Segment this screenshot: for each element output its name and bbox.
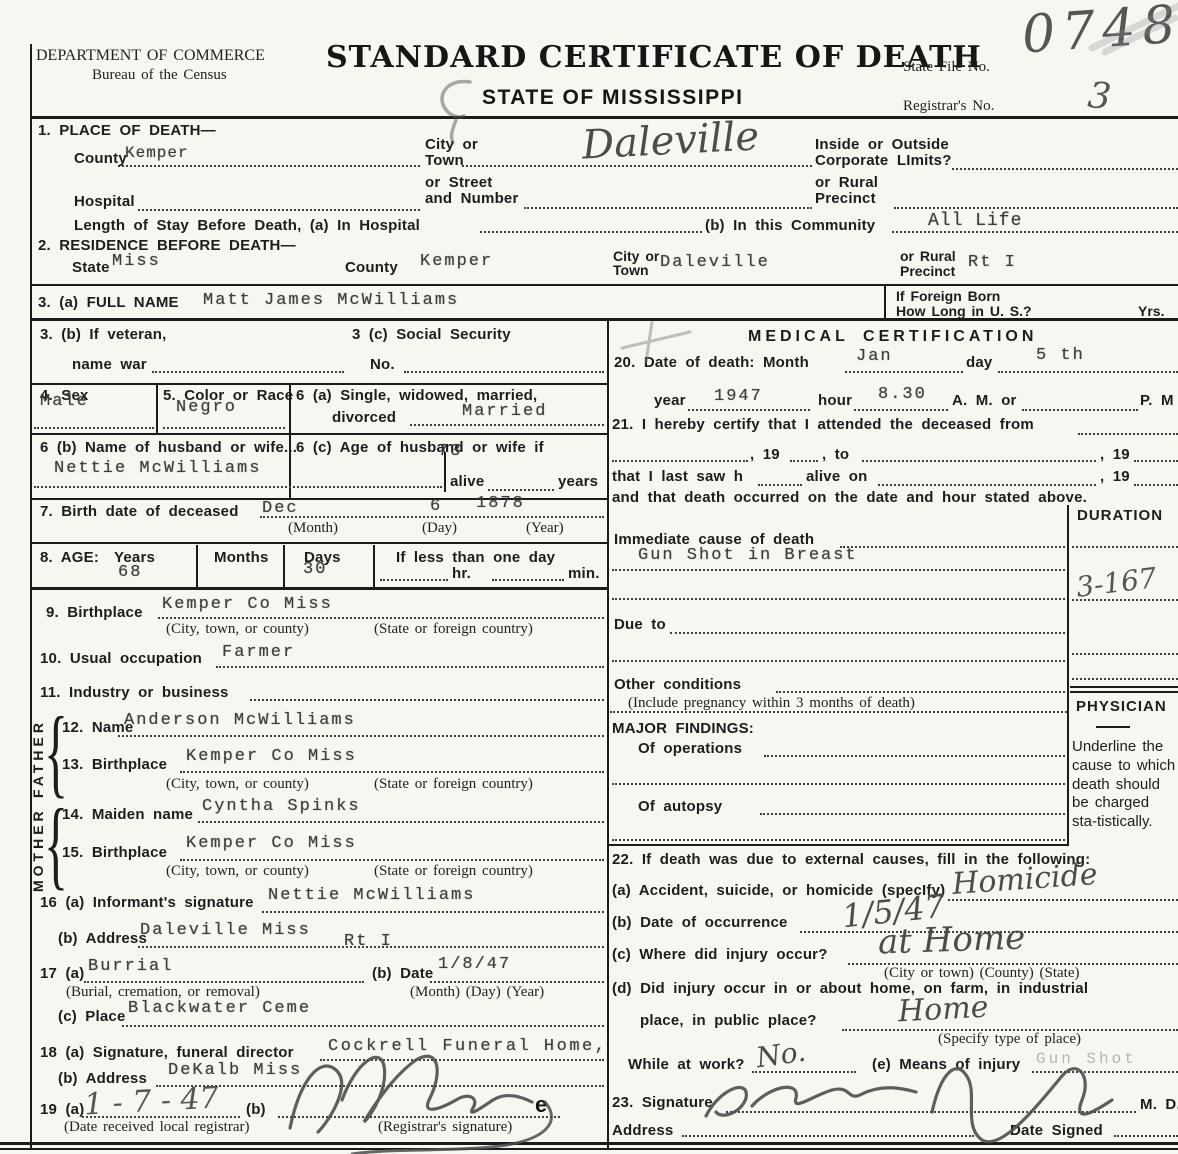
dotted-line [682, 1135, 974, 1137]
dotted-line [34, 427, 154, 429]
full-name-label: 3. (a) FULL NAME [38, 294, 179, 312]
injury-about-home-label-1: (d) Did injury occur in or about home, o… [612, 980, 1088, 998]
funeral-director-label: 18 (a) Signature, funeral director [40, 1044, 294, 1062]
birthdate-day-value: 6 [430, 497, 442, 517]
corporate-limits-label-2: Corporate LImits? [815, 152, 952, 170]
death-month-value: Jan [856, 347, 893, 367]
of-autopsy-label: Of autopsy [638, 798, 722, 816]
dotted-line [612, 460, 748, 462]
age-label: 8. AGE: [40, 549, 99, 567]
bottom-double-2 [0, 1148, 1178, 1150]
res-rural-label-2: Precinct [900, 263, 955, 280]
registrar-no-label: Registrar's No. [903, 97, 994, 115]
rule-s7-bottom [30, 542, 608, 544]
informant-address-value-2: Rt I [344, 932, 393, 952]
age-divider-3 [373, 545, 375, 587]
dotted-line [998, 371, 1178, 373]
age-days-value: 30 [303, 560, 327, 580]
race-value: Negro [176, 398, 237, 418]
disposition-date-label: (b) Date [372, 965, 433, 983]
yrs-label: Yrs. [1138, 303, 1164, 320]
foreign-born-divider [884, 286, 886, 318]
dotted-line [1072, 678, 1178, 680]
stamp-curl-mark [442, 81, 470, 143]
state-file-label: State File No. [903, 58, 990, 76]
sex-value: Male [40, 392, 89, 412]
death-day-value: 5 th [1036, 346, 1085, 366]
certify-19-b: , 19 [1100, 446, 1130, 464]
father-birthplace-label: 13. Birthplace [62, 756, 167, 774]
injury-where-value-handwritten: at Home [877, 917, 1026, 962]
certify-line-1: 21. I hereby certify that I attended the… [612, 416, 1034, 434]
dotted-line [670, 632, 1065, 634]
dotted-line [152, 371, 344, 373]
town-label: Town [425, 152, 464, 170]
duration-value-handwritten: 3-167 [1074, 561, 1158, 604]
informant-value: Nettie McWilliams [268, 886, 475, 906]
length-of-stay-label: Length of Stay Before Death, (a) In Hosp… [74, 217, 420, 235]
disposition-date-value: 1/8/47 [438, 955, 511, 975]
spouse-age-label: 6 (c) Age of husband or wife if [296, 439, 544, 457]
injury-place-value-handwritten: Home [897, 990, 989, 1030]
md-label: M. D. [1140, 1096, 1178, 1114]
dotted-line [612, 660, 1065, 662]
occupation-value: Farmer [222, 643, 295, 663]
dotted-line [1134, 460, 1178, 462]
bureau-census-label: Bureau of the Census [92, 66, 227, 84]
last-saw-label: that I last saw h [612, 468, 743, 486]
physician-heading: PHYSICIAN [1076, 698, 1167, 716]
duration-double-2 [1070, 691, 1178, 693]
dotted-line [163, 427, 285, 429]
age-divider-1 [196, 545, 198, 587]
dotted-line [1134, 484, 1178, 486]
dotted-line [380, 579, 448, 581]
dotted-line [1114, 1135, 1178, 1137]
address-label: Address [612, 1122, 673, 1140]
dotted-line [492, 579, 564, 581]
physician-signature-label: 23. Signature [612, 1094, 713, 1112]
rule-s2-bottom [30, 284, 1178, 286]
marital-value: Married [462, 402, 547, 422]
birthplace-label: 9. Birthplace [46, 604, 143, 622]
alive-label: alive [450, 473, 484, 491]
injury-where-label: (c) Where did injury occur? [612, 946, 828, 964]
birthplace-value: Kemper Co Miss [162, 595, 333, 615]
dotted-line [404, 371, 604, 373]
county-value: Kemper [125, 144, 189, 163]
res-county-value: Kemper [420, 252, 493, 272]
dotted-line [790, 460, 818, 462]
social-security-label: 3 (c) Social Security [352, 326, 511, 344]
rule-s3bc-bottom [30, 383, 608, 385]
spouse-name-label: 6 (b) Name of husband or wife... [40, 439, 297, 457]
birthdate-month-value: Dec [262, 499, 299, 519]
father-birthplace-value: Kemper Co Miss [186, 747, 357, 767]
other-conditions-label: Other conditions [614, 676, 741, 694]
month-sub-label: (Month) [288, 519, 338, 537]
while-at-work-label: While at work? [628, 1056, 745, 1074]
sex-race-divider [156, 385, 158, 433]
residence-heading: 2. RESIDENCE BEFORE DEATH— [38, 237, 296, 255]
disposition-place-label: (c) Place [58, 1008, 126, 1026]
specify-place-sub: (Specify type of place) [938, 1030, 1081, 1048]
street-label-2: and Number [425, 190, 519, 208]
dotted-line [1072, 653, 1178, 655]
day-sub-label: (Day) [422, 519, 457, 537]
dotted-line [894, 207, 1178, 209]
dotted-line [180, 771, 604, 773]
certify-19-c: , 19 [1100, 468, 1130, 486]
informant-label: 16 (a) Informant's signature [40, 894, 254, 912]
dotted-line [262, 911, 604, 913]
physician-dash [1096, 726, 1130, 728]
dotted-line [250, 699, 604, 701]
res-state-label: State [72, 259, 110, 277]
column-divider [607, 318, 609, 1148]
dotted-line [122, 1025, 604, 1027]
dotted-line [1078, 433, 1178, 435]
dotted-line [840, 546, 1065, 548]
dotted-line [158, 617, 604, 619]
duration-heading: DURATION [1077, 507, 1163, 525]
birthdate-label: 7. Birth date of deceased [40, 503, 239, 521]
dotted-line [726, 1111, 1136, 1113]
dotted-line [320, 1059, 604, 1061]
immediate-cause-value: Gun Shot in Breast [638, 546, 858, 566]
dept-commerce-label: DEPARTMENT OF COMMERCE [36, 46, 265, 65]
dotted-line [612, 783, 1065, 785]
dotted-line [612, 839, 1065, 841]
dotted-line [878, 484, 1096, 486]
birthplace-sub-1: (City, town, or county) [166, 620, 309, 638]
dotted-line [758, 484, 802, 486]
alive-on-label: alive on [806, 468, 867, 486]
injury-about-home-label-2: place, in public place? [640, 1012, 817, 1030]
funeral-director-value: Cockrell Funeral Home, [328, 1037, 607, 1057]
mother-birthplace-label: 15. Birthplace [62, 844, 167, 862]
due-to-label: Due to [614, 616, 666, 634]
birthplace-sub-2: (State or foreign country) [374, 620, 533, 638]
date-received-label: 19 (a) [40, 1101, 84, 1119]
state-file-number-handwritten: 0748 [1020, 0, 1178, 66]
state-title: STATE OF MISSISSIPPI [482, 86, 743, 110]
rule-findings-bottom [607, 844, 1069, 846]
dotted-line [854, 409, 948, 411]
rule-s8-bottom [30, 587, 608, 590]
hospital-label: Hospital [74, 193, 135, 211]
age-years-value: 68 [118, 563, 142, 583]
major-findings-label: MAJOR FINDINGS: [612, 720, 754, 738]
death-year-label: year [654, 392, 686, 410]
father-name-label: 12. Name [62, 719, 133, 737]
occurrence-date-label: (b) Date of occurrence [612, 914, 788, 932]
death-hour-value: 8.30 [878, 385, 927, 405]
date-signed-label: Date Signed [1010, 1122, 1103, 1140]
informant-address-value: Daleville Miss [140, 921, 311, 941]
date-received-value-handwritten: 1 - 7 - 47 [83, 1080, 219, 1122]
dotted-line [764, 755, 1065, 757]
hr-label: hr. [452, 565, 471, 583]
duration-divider [1067, 505, 1069, 845]
community-value: All Life [928, 211, 1022, 233]
means-of-injury-label: (e) Means of injury [872, 1056, 1020, 1074]
am-label: A. M. or [952, 392, 1017, 410]
disposition-method-value: Burrial [88, 957, 173, 977]
dotted-line [612, 569, 1065, 571]
dotted-line [138, 209, 420, 211]
dotted-line [180, 859, 604, 861]
dotted-line [34, 486, 442, 488]
mother-bp-sub-2: (State or foreign country) [374, 862, 533, 880]
dotted-line [688, 409, 810, 411]
mother-birthplace-value: Kemper Co Miss [186, 834, 357, 854]
res-city-label-2: Town [613, 262, 649, 279]
mother-bp-sub-1: (City, town, or county) [166, 862, 309, 880]
left-border [30, 44, 32, 1148]
ss-no-label: No. [370, 356, 395, 374]
city-value-handwritten: Daleville [581, 113, 760, 168]
dotted-line [845, 371, 963, 373]
rural-precinct-label-2: Precinct [815, 190, 876, 208]
marital-label-2: divorced [332, 409, 396, 427]
res-city-value: Daleville [660, 253, 770, 273]
disposition-date-sub: (Month) (Day) (Year) [410, 983, 544, 1001]
place-of-death-heading: 1. PLACE OF DEATH— [38, 122, 216, 140]
years-label: years [558, 473, 598, 491]
dotted-line [410, 424, 604, 426]
dotted-line [1022, 409, 1138, 411]
dotted-line [216, 666, 604, 668]
father-bp-sub-1: (City, town, or county) [166, 775, 309, 793]
director-address-value: DeKalb Miss [168, 1061, 302, 1081]
min-label: min. [568, 565, 600, 583]
dotted-line [524, 207, 812, 209]
death-hour-label: hour [818, 392, 852, 410]
dotted-line [760, 813, 1065, 815]
foreign-born-label-2: How Long in U. S.? [896, 303, 1032, 320]
of-operations-label: Of operations [638, 740, 742, 758]
medical-certification-heading: MEDICAL CERTIFICATION [748, 328, 1037, 346]
date-received-sub: (Date received local registrar) [64, 1118, 249, 1136]
dotted-line [776, 691, 1065, 693]
county-label: County [74, 150, 127, 168]
stray-e-mark: e [535, 1092, 547, 1118]
dotted-line [1072, 546, 1178, 548]
disposition-place-value: Blackwater Ceme [128, 999, 311, 1019]
father-bp-sub-2: (State or foreign country) [374, 775, 533, 793]
dotted-line [488, 489, 554, 491]
dotted-line [156, 1085, 604, 1087]
res-state-value: Miss [112, 252, 161, 272]
full-name-value: Matt James McWilliams [203, 291, 459, 311]
registrar-number-handwritten: 3 [1086, 75, 1113, 118]
bottom-double-1 [0, 1142, 1178, 1145]
res-rural-value: Rt I [968, 253, 1017, 273]
pm-label: P. M [1140, 392, 1174, 410]
age-divider-2 [283, 545, 285, 587]
header-rule [30, 116, 1178, 119]
rule-s456-bottom [30, 433, 608, 435]
year-sub-label: (Year) [526, 519, 564, 537]
disposition-label: 17 (a) [40, 965, 84, 983]
underline-cause-note: Underline the cause to which death shoul… [1072, 738, 1176, 832]
dotted-line [118, 165, 420, 167]
community-label: (b) In this Community [705, 217, 875, 235]
age-months-label: Months [214, 549, 269, 567]
dotted-line [952, 168, 1178, 170]
industry-label: 11. Industry or business [40, 684, 229, 702]
certify-19-a: , 19 [750, 446, 780, 464]
mother-maiden-value: Cyntha Spinks [202, 797, 361, 817]
dotted-line [480, 231, 702, 233]
dotted-line [612, 598, 1065, 600]
death-certificate-scan: DEPARTMENT OF COMMERCE Bureau of the Cen… [0, 0, 1178, 1154]
means-of-injury-value: Gun Shot [1036, 1050, 1137, 1068]
dotted-line [198, 821, 604, 823]
registrar-sig-b-label: (b) [246, 1101, 266, 1119]
death-occurred-line: and that death occurred on the date and … [612, 489, 1087, 507]
res-county-label: County [345, 259, 398, 277]
father-name-value: Anderson McWilliams [124, 711, 356, 731]
pregnancy-sub-label: (Include pregnancy within 3 months of de… [628, 694, 915, 712]
death-year-value: 1947 [714, 387, 763, 407]
spouse-age-value: 73 [438, 442, 462, 462]
date-of-death-label: 20. Date of death: Month [614, 354, 809, 372]
occupation-label: 10. Usual occupation [40, 650, 202, 668]
form-title: STANDARD CERTIFICATE OF DEATH [326, 40, 982, 75]
while-at-work-value-handwritten: No. [754, 1035, 808, 1075]
birthdate-year-value: 1878 [476, 494, 525, 514]
name-war-label: name war [72, 356, 147, 374]
death-day-label: day [966, 354, 992, 372]
dotted-line [1032, 1071, 1178, 1073]
mother-maiden-label: 14. Maiden name [62, 806, 193, 824]
father-brace: { [44, 702, 68, 802]
dotted-line [118, 735, 604, 737]
veteran-label: 3. (b) If veteran, [40, 326, 166, 344]
informant-address-label: (b) Address [58, 930, 147, 948]
less-than-day-label: If less than one day [396, 549, 555, 567]
certify-to: , to [822, 446, 849, 464]
registrar-signature-sub: (Registrar's signature) [378, 1118, 512, 1136]
dotted-line [862, 460, 1096, 462]
spouse-name-value: Nettie McWilliams [54, 459, 261, 479]
duration-double-1 [1070, 686, 1178, 688]
